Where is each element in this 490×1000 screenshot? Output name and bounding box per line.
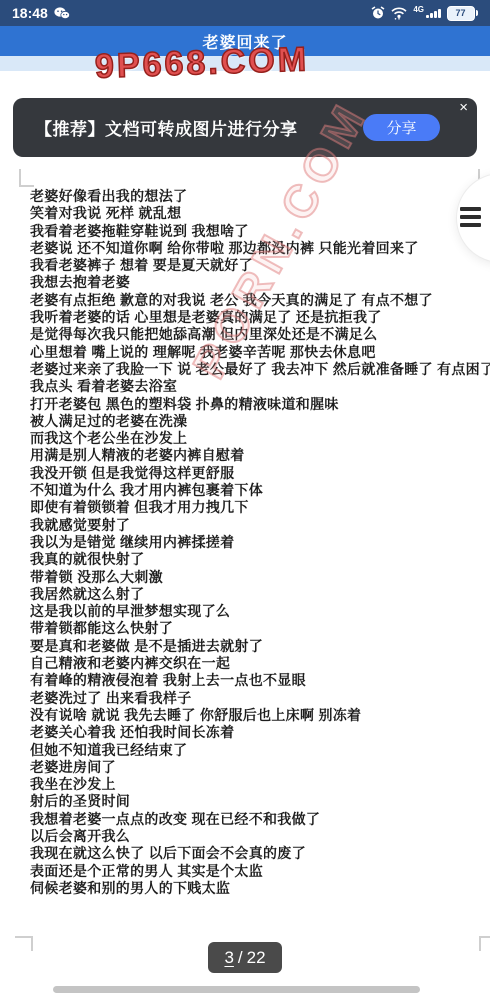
close-icon[interactable]: × [459, 100, 468, 115]
battery-icon: 77 [447, 6, 479, 21]
text-line: 有着峰的精液侵泡着 我射上去一点也不显眼 [30, 672, 460, 689]
text-line: 以后会离开我么 [30, 828, 460, 845]
text-line: 这是我以前的早泄梦想实现了么 [30, 603, 460, 620]
text-line: 我没开锁 但是我觉得这样更舒服 [30, 465, 460, 482]
text-line: 带着锁 没那么大刺激 [30, 569, 460, 586]
text-line: 不知道为什么 我才用内裤包裹着下体 [30, 482, 460, 499]
text-line: 我看着老婆拖鞋穿鞋说到 我想啥了 [30, 223, 460, 240]
text-line: 我看老婆裤子 想着 要是夏天就好了 [30, 257, 460, 274]
text-line: 是觉得每次我只能把她舔高潮 但内里深处还是不满足么 [30, 326, 460, 343]
text-line: 我点头 看着老婆去浴室 [30, 378, 460, 395]
text-line: 我想着老婆一点点的改变 现在已经不和我做了 [30, 811, 460, 828]
text-line: 我居然就这么射了 [30, 586, 460, 603]
app-title-bar: 老婆回来了 [0, 26, 490, 56]
text-line: 射后的圣贤时间 [30, 793, 460, 810]
phone-screen: 18:48 [0, 0, 490, 1000]
text-line: 我听着老婆的话 心里想是老婆真的满足了 还是抗拒我了 [30, 309, 460, 326]
page-corner-bottom-left [15, 936, 33, 951]
alarm-icon [371, 6, 385, 20]
text-line: 但她不知道我已经结束了 [30, 742, 460, 759]
text-line: 老婆关心着我 还怕我时间长冻着 [30, 724, 460, 741]
page-indicator[interactable]: 3 / 22 [208, 942, 282, 973]
text-line: 而我这个老公坐在沙发上 [30, 430, 460, 447]
status-bar: 18:48 [0, 0, 490, 26]
clock-label: 18:48 [12, 5, 48, 21]
text-line: 伺候老婆和别的男人的下贱太监 [30, 880, 460, 897]
text-line: 我坐在沙发上 [30, 776, 460, 793]
text-line: 我真的就很快射了 [30, 551, 460, 568]
text-line: 我以为是错觉 继续用内裤揉搓着 [30, 534, 460, 551]
cellular-signal-icon: 4G [413, 9, 440, 18]
page-corner-top-left [19, 169, 34, 187]
page-title: 老婆回来了 [202, 30, 287, 53]
text-line: 即使有着锁锁着 但我才用力拽几下 [30, 499, 460, 516]
text-line: 老婆洗过了 出来看我样子 [30, 690, 460, 707]
page-corner-bottom-right [479, 936, 490, 951]
text-line: 老婆说 还不知道你啊 给你带啦 那边都没内裤 只能光着回来了 [30, 240, 460, 257]
home-indicator[interactable] [53, 986, 420, 993]
text-line: 被人满足过的老婆在洗澡 [30, 413, 460, 430]
document-body[interactable]: 老婆好像看出我的想法了笑着对我说 死样 就乱想我看着老婆拖鞋穿鞋说到 我想啥了老… [30, 188, 460, 897]
share-promo-banner: 【推荐】文档可转成图片进行分享 分享 × [13, 98, 477, 157]
text-line: 老婆进房间了 [30, 759, 460, 776]
battery-percent-label: 77 [455, 8, 465, 18]
text-line: 要是真和老婆做 是不是插进去就射了 [30, 638, 460, 655]
text-line: 我就感觉要射了 [30, 517, 460, 534]
current-page-label[interactable]: 3 [224, 948, 233, 968]
text-line: 笑着对我说 死样 就乱想 [30, 205, 460, 222]
wifi-icon [391, 7, 407, 20]
text-line: 心里想着 嘴上说的 理解呢 我老婆辛苦呢 那快去休息吧 [30, 344, 460, 361]
text-line: 我现在就这么快了 以后下面会不会真的废了 [30, 845, 460, 862]
hamburger-icon [460, 207, 481, 227]
text-line: 老婆过来亲了我脸一下 说 老公最好了 我去冲下 然后就准备睡了 有点困了呢 [30, 361, 460, 378]
text-line: 自己精液和老婆内裤交织在一起 [30, 655, 460, 672]
text-line: 老婆有点拒绝 歉意的对我说 老公 我今天真的满足了 有点不想了 [30, 292, 460, 309]
text-line: 带着锁都能这么快射了 [30, 620, 460, 637]
promo-banner-text: 【推荐】文档可转成图片进行分享 [35, 98, 298, 157]
text-line: 表面还是个正常的男人 其实是个太监 [30, 863, 460, 880]
text-line: 我想去抱着老婆 [30, 274, 460, 291]
text-line: 用满是别人精液的老婆内裤自慰着 [30, 447, 460, 464]
network-type-label: 4G [413, 5, 424, 14]
total-pages-label: 22 [247, 948, 266, 968]
text-line: 打开老婆包 黑色的塑料袋 扑鼻的精液味道和腥味 [30, 396, 460, 413]
menu-fab[interactable] [456, 173, 490, 263]
text-line: 老婆好像看出我的想法了 [30, 188, 460, 205]
toolbar-strip [0, 56, 490, 71]
text-line: 没有说啥 就说 我先去睡了 你舒服后也上床啊 别冻着 [30, 707, 460, 724]
share-button[interactable]: 分享 [363, 114, 440, 141]
wechat-icon [54, 7, 70, 20]
